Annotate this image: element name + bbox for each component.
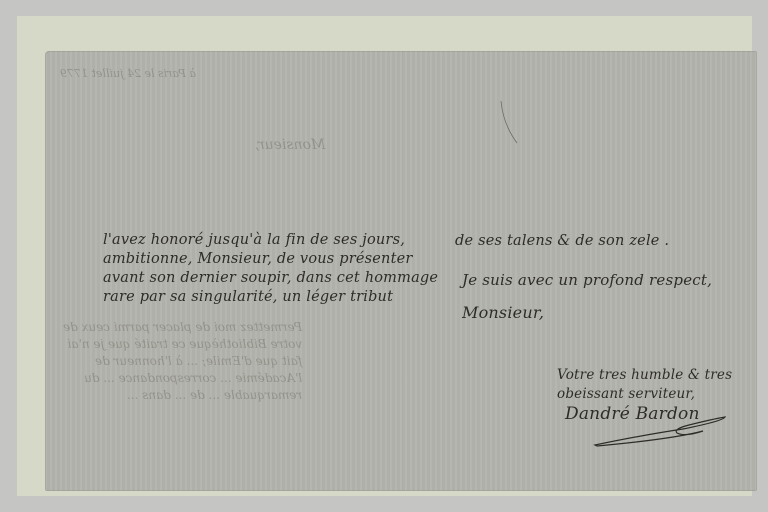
closing-phrase: Je suis avec un profond respect, xyxy=(462,271,712,289)
bleed-line: remarquable ... de ... dans ... xyxy=(63,387,302,404)
subscription-line: Votre tres humble & tres xyxy=(557,366,732,385)
text-line: ambitionne, Monsieur, de vous présenter xyxy=(103,250,438,269)
bleed-through-date: à Paris le 24 juillet 1779 xyxy=(60,67,196,80)
letter-sheet: à Paris le 24 juillet 1779 Monsieur, Per… xyxy=(45,51,757,491)
closing-salutation: Monsieur, xyxy=(462,303,544,322)
bleed-through-paragraph: Permettez moi de placer parmi ceux de vo… xyxy=(63,319,302,404)
bleed-line: votre Bibliothèque ce traité que je n'ai xyxy=(63,336,302,353)
right-page-first-line: de ses talens & de son zele . xyxy=(455,232,669,251)
text-line: avant son dernier soupir, dans cet homma… xyxy=(103,269,438,288)
bleed-line: Permettez moi de placer parmi ceux de xyxy=(63,319,302,336)
text-line: l'avez honoré jusqu'à la fin de ses jour… xyxy=(103,231,438,250)
signature-flourish-icon xyxy=(593,413,733,449)
mount-border: à Paris le 24 juillet 1779 Monsieur, Per… xyxy=(17,16,752,496)
bleed-line: fait que d'Emile; ... à l'honneur de xyxy=(63,353,302,370)
bleed-line: l'Académie ... correspondance ... du xyxy=(63,370,302,387)
subscription: Votre tres humble & tres obeissant servi… xyxy=(557,366,732,404)
text-line: rare par sa singularité, un léger tribut xyxy=(103,288,438,307)
paper-scratch-mark xyxy=(499,99,519,145)
left-page-text: l'avez honoré jusqu'à la fin de ses jour… xyxy=(103,231,438,307)
bleed-through-salutation: Monsieur, xyxy=(255,137,325,153)
subscription-line: obeissant serviteur, xyxy=(557,385,732,404)
